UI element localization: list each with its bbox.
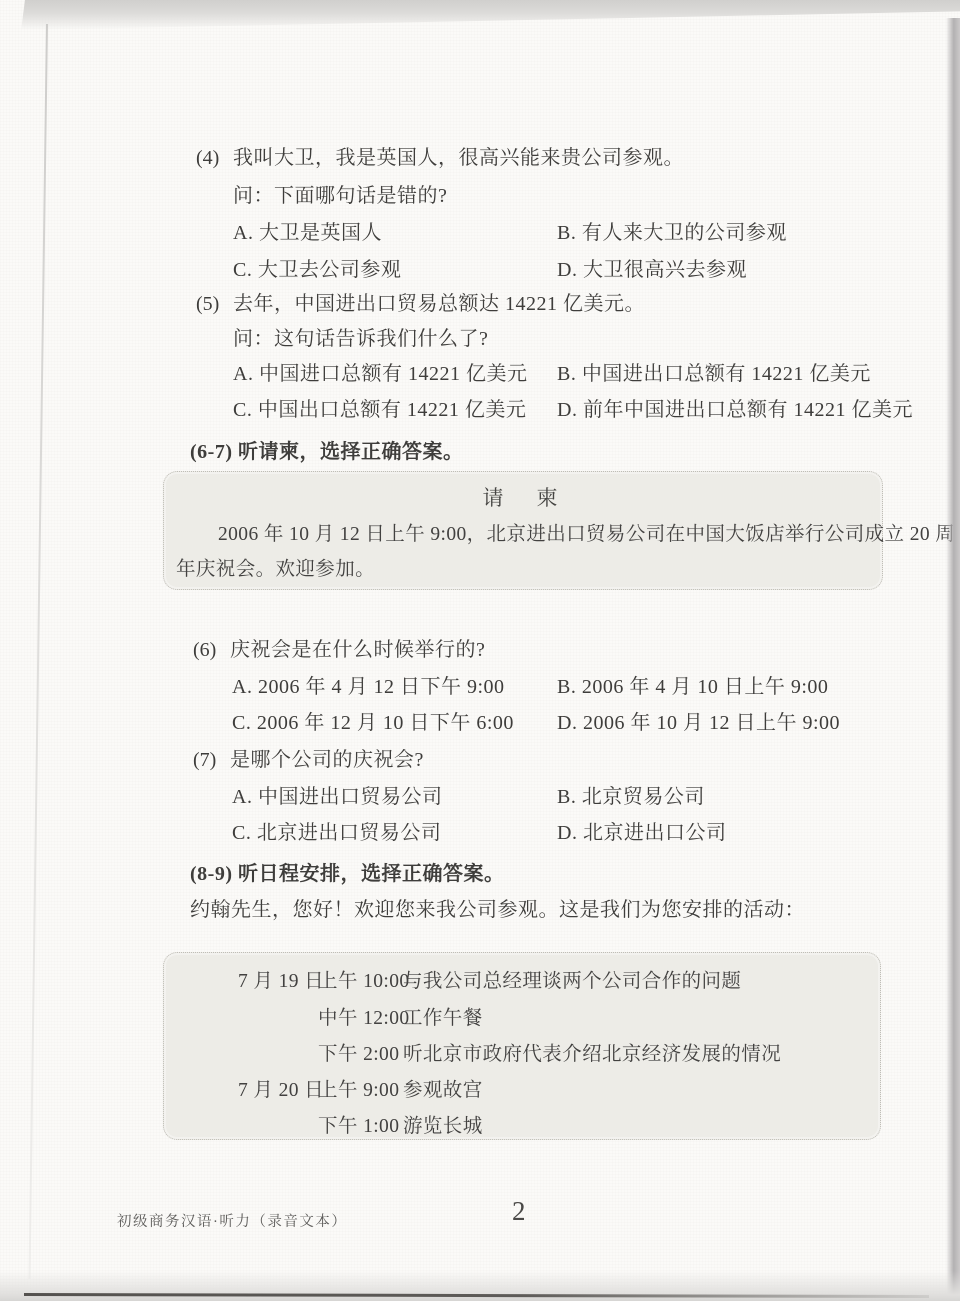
question-4-number: (4)	[196, 145, 219, 171]
question-5-option-b: B. 中国进出口总额有 14221 亿美元	[557, 361, 871, 387]
question-6-option-b: B. 2006 年 4 月 10 日上午 9:00	[557, 674, 828, 700]
scan-edge-right	[946, 18, 960, 1301]
schedule-date: 7 月 19 日	[238, 965, 324, 993]
invitation-box: 请 柬 2006 年 10 月 12 日上午 9:00，北京进出口贸易公司在中国…	[163, 471, 883, 590]
question-4-option-d: D. 大卫很高兴去参观	[557, 257, 747, 283]
question-5-number: (5)	[196, 291, 219, 317]
question-7-number: (7)	[193, 747, 216, 773]
question-7-option-c: C. 北京进出口贸易公司	[232, 820, 441, 846]
schedule-time: 上午 10:00	[318, 965, 410, 993]
question-7-option-a: A. 中国进出口贸易公司	[232, 784, 442, 810]
schedule-activity: 工作午餐	[403, 1002, 483, 1030]
invitation-title: 请 柬	[164, 482, 882, 512]
schedule-time: 中午 12:00	[318, 1002, 410, 1030]
question-6-option-d: D. 2006 年 10 月 12 日上午 9:00	[557, 710, 840, 736]
schedule-date: 7 月 20 日	[238, 1074, 324, 1102]
question-4-option-c: C. 大卫去公司参观	[233, 257, 401, 283]
schedule-time: 下午 2:00	[318, 1038, 399, 1066]
question-6-option-c: C. 2006 年 12 月 10 日下午 6:00	[232, 710, 514, 736]
question-4-stem: 我叫大卫，我是英国人，很高兴能来贵公司参观。	[233, 145, 684, 171]
question-6-number: (6)	[193, 637, 216, 663]
question-5-option-c: C. 中国出口总额有 14221 亿美元	[233, 397, 526, 423]
question-4-option-b: B. 有人来大卫的公司参观	[557, 220, 787, 246]
question-4-prompt: 问：下面哪句话是错的?	[233, 183, 447, 209]
footer-book-title: 初级商务汉语·听力（录音文本）	[117, 1210, 347, 1231]
question-5-stem: 去年，中国进出口贸易总额达 14221 亿美元。	[233, 291, 645, 317]
schedule-activity: 与我公司总经理谈两个公司合作的问题	[403, 965, 741, 993]
question-5-prompt: 问：这句话告诉我们什么了?	[233, 326, 488, 352]
question-7-stem: 是哪个公司的庆祝会?	[230, 747, 424, 773]
invitation-line-1: 2006 年 10 月 12 日上午 9:00，北京进出口贸易公司在中国大饭店举…	[218, 518, 955, 546]
question-5-option-d: D. 前年中国进出口总额有 14221 亿美元	[557, 397, 913, 423]
schedule-time: 下午 1:00	[318, 1110, 399, 1138]
question-6-option-a: A. 2006 年 4 月 12 日下午 9:00	[232, 674, 505, 700]
schedule-activity: 参观故宫	[403, 1074, 483, 1102]
question-6-stem: 庆祝会是在什么时候举行的?	[230, 637, 485, 663]
question-7-option-b: B. 北京贸易公司	[557, 784, 705, 810]
section-8-9-heading: (8-9) 听日程安排，选择正确答案。	[190, 861, 504, 887]
question-4-option-a: A. 大卫是英国人	[233, 220, 382, 246]
invitation-line-2: 年庆祝会。欢迎参加。	[176, 553, 375, 581]
page-content: (4) 我叫大卫，我是英国人，很高兴能来贵公司参观。 问：下面哪句话是错的? A…	[0, 0, 960, 1301]
question-7-option-d: D. 北京进出口公司	[557, 820, 726, 846]
footer-page-number: 2	[512, 1196, 526, 1227]
schedule-activity: 听北京市政府代表介绍北京经济发展的情况	[403, 1038, 781, 1066]
section-6-7-heading: (6-7) 听请柬，选择正确答案。	[190, 439, 463, 465]
schedule-time: 上午 9:00	[318, 1074, 399, 1102]
schedule-box: 7 月 19 日 上午 10:00 与我公司总经理谈两个公司合作的问题 中午 1…	[163, 952, 881, 1140]
question-5-option-a: A. 中国进口总额有 14221 亿美元	[233, 361, 527, 387]
schedule-activity: 游览长城	[403, 1110, 483, 1138]
section-8-9-intro: 约翰先生，您好！欢迎您来我公司参观。这是我们为您安排的活动：	[190, 897, 805, 923]
